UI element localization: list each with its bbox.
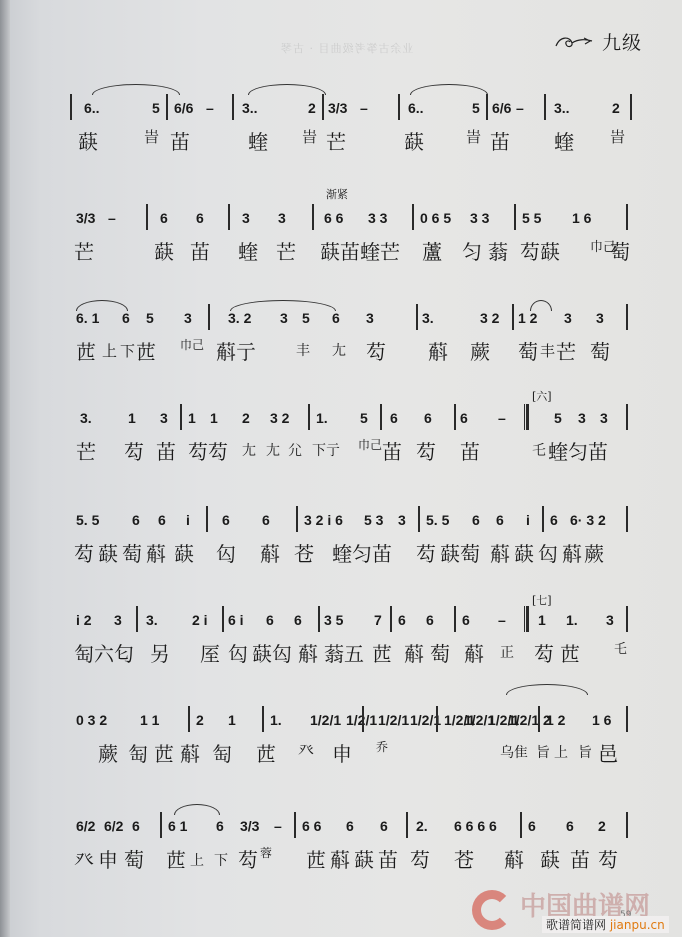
watermark-caption: 歌谱简谱网 jianpu.cn (542, 916, 669, 933)
jianpu-line: 6.. 5 6/6 – 3.. 2 3/3 – 6.. 5 6/6 – 3.. … (70, 82, 640, 126)
tab-glyph: 萄 (430, 638, 450, 667)
note: 1 (188, 410, 196, 426)
tab-glyph: 蔛 (464, 638, 484, 667)
tab-glyph: 蒛苖蝰芒 (320, 236, 400, 265)
page-header: 九级 (554, 28, 642, 55)
note: 3 2 (270, 410, 289, 426)
tab-glyph: 芶 (416, 436, 436, 465)
score-row-5: 5. 5 6 6 i 6 6 3 2 i 6 5 3 3 5. 5 6 6 i … (70, 494, 640, 578)
tab-glyph: 蓉 (260, 844, 272, 861)
tab-glyph: 蔛 (562, 538, 582, 567)
note-chord: 3/3 (328, 100, 347, 116)
book-spine-shadow (0, 0, 10, 937)
tab-glyph: 苉 (372, 638, 392, 667)
tab-glyph: 蒛匃 (252, 638, 292, 667)
rest-dash: – (498, 410, 506, 426)
tab-glyph: 蒛 (540, 844, 560, 873)
note: 6 (426, 612, 434, 628)
tab-glyph: 蔛 (428, 336, 448, 365)
tab-glyph: 萄 (122, 538, 142, 567)
score-row-3: 6. 1 6 5 3 3. 2 3 5 6 3 3. 3 2 1 2 3 3 苉… (70, 292, 640, 376)
note: 1 2 (518, 310, 537, 326)
note: 3 (184, 310, 192, 326)
note: 3 (114, 612, 122, 628)
tab-glyph: 下亍 (312, 440, 340, 460)
note: 3 (278, 210, 286, 226)
note: 6 (216, 818, 224, 834)
tab-glyph: 巾己 (358, 436, 382, 453)
note-chord: 1/2/1 (378, 712, 409, 728)
jianpu-line: i 2 3 3. 2 i 6 i 6 6 3 5 7 6 6 6 – 1 1. … (70, 594, 640, 638)
tab-glyph: 邑 (598, 738, 618, 767)
tab-glyph: 芶 (124, 436, 144, 465)
note: 1 (128, 410, 136, 426)
note: 6 (566, 818, 574, 834)
note: 6 (424, 410, 432, 426)
tab-glyph: 尢 (242, 440, 256, 460)
note: 3. (80, 410, 92, 426)
tab-glyph: 蒛 (174, 538, 194, 567)
tab-glyph: 蝰 (554, 126, 574, 155)
tab-glyph: 匃 (228, 638, 248, 667)
note: 3 (600, 410, 608, 426)
note: 0 6 5 (420, 210, 451, 226)
tab-glyph: 蔛 (490, 538, 510, 567)
note: 1 (538, 612, 546, 628)
note: 6 (196, 210, 204, 226)
note-chord: 6/6 (492, 100, 511, 116)
note: 5. 5 (76, 512, 99, 528)
tab-glyph: 萄 (518, 336, 538, 365)
tab-glyph: 芒 (76, 436, 96, 465)
tab-glyph: 蒛萄 (440, 538, 480, 567)
note: 3 (160, 410, 168, 426)
note: 3 2 i 6 (304, 512, 343, 528)
score-row-6: [七] i 2 3 3. 2 i 6 i 6 6 3 5 7 6 6 6 – 1… (70, 594, 640, 678)
tab-glyph: 蘆 (422, 236, 442, 265)
tab-glyph: 另 (150, 638, 170, 667)
note-chord: 1/2/1 (310, 712, 341, 728)
tab-glyph: 芶蒛 (520, 236, 560, 265)
note: 6 (160, 210, 168, 226)
note: 3 (242, 210, 250, 226)
note: 3 (606, 612, 614, 628)
tab-glyph: 蔛 (298, 638, 318, 667)
tab-glyph: 旹 (610, 126, 625, 147)
tab-glyph: 苖 (156, 436, 176, 465)
note: 3 (564, 310, 572, 326)
note: 3 3 (368, 210, 387, 226)
tab-glyph: 旹 (466, 126, 481, 147)
rest-dash: – (274, 818, 282, 834)
note: 3.. (242, 100, 258, 116)
tab-glyph: 旨 (578, 742, 592, 762)
note-chord: 6/2 (76, 818, 95, 834)
tab-glyph: 上 (190, 850, 204, 870)
tab-glyph: 芶 (598, 844, 618, 873)
note: 7 (374, 612, 382, 628)
note: 3.. (554, 100, 570, 116)
level-title: 九级 (602, 28, 642, 55)
note: 5 5 (522, 210, 541, 226)
note: 2 (242, 410, 250, 426)
tab-glyph: 芒 (276, 236, 296, 265)
jianpu-line: 0 3 2 1 1 2 1 1. 1/2/1 1/2/1 1/2/1 1/2/1… (70, 694, 640, 738)
note: 1 (228, 712, 236, 728)
note: 0 3 2 (76, 712, 107, 728)
tab-glyph: 上 (554, 742, 568, 762)
tab-glyph: 苍 (294, 538, 314, 567)
tab-glyph: 蔛 (404, 638, 424, 667)
tab-glyph: 苖 (382, 436, 402, 465)
tab-glyph: 苉 (560, 638, 580, 667)
tab-glyph: 苖 (170, 126, 190, 155)
rest-dash: – (360, 100, 368, 116)
tab-glyph: 蓊 (488, 236, 508, 265)
note: 6 1 (168, 818, 187, 834)
tab-glyph: 蔛 (260, 538, 280, 567)
tab-glyph: 蒛 (78, 126, 98, 155)
note: 6 (158, 512, 166, 528)
note: 1. (316, 410, 328, 426)
scroll-flourish-icon (554, 34, 596, 50)
tab-glyph: 芶 (74, 538, 94, 567)
tab-glyph: 蝰 (248, 126, 268, 155)
note: 2 (196, 712, 204, 728)
tab-glyph: 丰 (540, 340, 555, 361)
watermark-site-name: 歌谱简谱网 (546, 918, 606, 932)
tab-glyph: 芶 (366, 336, 386, 365)
tab-glyph: 下 (120, 340, 135, 361)
jianzipu-line: 芶 蒛 萄 蔛 蒛 匃 蔛 苍 蝰匀苖 芶 蒛萄 蔛 蒛 匃 蔛 蕨 (70, 538, 640, 578)
tab-glyph: 匋 (212, 738, 232, 767)
tab-glyph: 蒛 (404, 126, 424, 155)
note: 5 (360, 410, 368, 426)
note: 3 (398, 512, 406, 528)
tab-glyph: 蓊五 (324, 638, 364, 667)
tab-glyph: 芶 (238, 844, 258, 873)
tab-glyph: 蝰匀苖 (332, 538, 392, 567)
note: 2 i (192, 612, 208, 628)
note: 3 (366, 310, 374, 326)
note: 6 6 6 6 (454, 818, 497, 834)
note: i (186, 512, 190, 528)
note: 6 (398, 612, 406, 628)
tab-glyph: 蔛 (330, 844, 350, 873)
tab-glyph: 蒛 (354, 844, 374, 873)
tab-glyph: 芒 (556, 336, 576, 365)
note: 6 (132, 512, 140, 528)
tab-glyph: 匀 (462, 236, 482, 265)
note: 1 2 (546, 712, 565, 728)
tab-glyph: 正 (500, 642, 514, 662)
note: 1 1 (140, 712, 159, 728)
tab-glyph: 申 (98, 844, 118, 873)
jianzipu-line: 蕨 匋 苉 蔛 匋 苉 癶 申 乔 乌隹 旨 上 旨 邑 (70, 738, 640, 778)
tab-glyph: 苍 (454, 844, 474, 873)
note: 3 (578, 410, 586, 426)
jianpu-line: 3/3 – 6 6 3 3 6 6 3 3 0 6 5 3 3 5 5 1 6 (70, 192, 640, 236)
tab-glyph: 匋 (128, 738, 148, 767)
note: 5 (554, 410, 562, 426)
note: 1 (210, 410, 218, 426)
watermark-url[interactable]: jianpu.cn (610, 918, 665, 932)
tab-glyph: 萄 (590, 336, 610, 365)
note: 3. 2 (228, 310, 251, 326)
score-row-2: 渐紧 3/3 – 6 6 3 3 6 6 3 3 0 6 5 3 3 5 5 1… (70, 192, 640, 276)
tab-glyph: 蔛 (504, 844, 524, 873)
tab-glyph: 芶 (534, 638, 554, 667)
tab-glyph: 蕨 (470, 336, 490, 365)
note: 5 (472, 100, 480, 116)
note: 5 (146, 310, 154, 326)
jianzipu-line: 苉 上 下 苉 巾己 蔛亍 丰 尢 芶 蔛 蕨 萄 丰 芒 萄 (70, 336, 640, 376)
note-chord: 6/2 (104, 818, 123, 834)
note: 2. (416, 818, 428, 834)
score-row-4: [六] 3. 1 3 1 1 2 3 2 1. 5 6 6 6 – 5 3 3 … (70, 392, 640, 476)
note: 6 (528, 818, 536, 834)
tab-glyph: 尢 (332, 340, 346, 360)
jianzipu-line: 芒 芶 苖 芶芶 尢 尢 尣 下亍 巾己 苖 芶 苖 乇 蝰匀苖 (70, 436, 640, 476)
note: 6 (550, 512, 558, 528)
tab-glyph: 尣 (288, 440, 302, 460)
tab-glyph: 芒 (326, 126, 346, 155)
tab-glyph: 巾己 (180, 336, 204, 353)
note: i (526, 512, 530, 528)
tab-glyph: 蔛亍 (216, 336, 256, 365)
tab-glyph: 旹 (144, 126, 159, 147)
note-chord: 3/3 (240, 818, 259, 834)
tab-glyph: 芒 (74, 236, 94, 265)
note: i 2 (76, 612, 92, 628)
note: 6 6 (324, 210, 343, 226)
note: 6 (390, 410, 398, 426)
tab-glyph: 苉 (166, 844, 186, 873)
note: 6 6 (302, 818, 321, 834)
tab-glyph: 下 (214, 850, 228, 870)
note: 6 (122, 310, 130, 326)
note: 5 (152, 100, 160, 116)
jianpu-line: 3. 1 3 1 1 2 3 2 1. 5 6 6 6 – 5 3 3 (70, 392, 640, 436)
tab-glyph: 蝰 (238, 236, 258, 265)
note: 3 (280, 310, 288, 326)
watermark-logo-icon (472, 890, 512, 930)
note-chord: 1/2/1 2 (508, 712, 551, 728)
note: 3 5 (324, 612, 343, 628)
jianpu-line: 6. 1 6 5 3 3. 2 3 5 6 3 3. 3 2 1 2 3 3 (70, 292, 640, 336)
tab-glyph: 厔 (200, 638, 220, 667)
tab-glyph: 蒛 (154, 236, 174, 265)
note: 6 (262, 512, 270, 528)
tab-glyph: 匃 (216, 538, 236, 567)
tab-glyph: 芶芶 (188, 436, 228, 465)
note: 2 (308, 100, 316, 116)
rest-dash: – (498, 612, 506, 628)
tab-glyph: 乔 (376, 738, 388, 755)
note: 3 3 (470, 210, 489, 226)
tab-glyph: 乇 (614, 638, 627, 657)
tab-glyph: 蔛 (146, 538, 166, 567)
note: 2 (612, 100, 620, 116)
jianzipu-line: 匋六匂 另 厔 匃 蒛匃 蔛 蓊五 苉 蔛 萄 蔛 正 芶 苉 乇 (70, 638, 640, 678)
tab-glyph: 苖 (570, 844, 590, 873)
note: 6. 1 (76, 310, 99, 326)
note: 3 (596, 310, 604, 326)
tab-glyph: 苉 (154, 738, 174, 767)
site-watermark: 中国曲谱网 59 歌谱简谱网 jianpu.cn (442, 882, 682, 937)
tab-glyph: 萄 (124, 844, 144, 873)
tab-glyph: 萄 (610, 236, 630, 265)
tab-glyph: 苖 (460, 436, 480, 465)
tab-glyph: 蒛 (514, 538, 534, 567)
note: 2 (598, 818, 606, 834)
note: 6 (462, 612, 470, 628)
note-chord: 6/6 (174, 100, 193, 116)
note: 3. (146, 612, 158, 628)
tab-glyph: 匋六匂 (74, 638, 134, 667)
note: 6 (222, 512, 230, 528)
tab-glyph: 苖 (190, 236, 210, 265)
tab-glyph: 苉 (306, 844, 326, 873)
rest-dash: – (206, 100, 214, 116)
note: 6 (294, 612, 302, 628)
tab-glyph: 乌隹 (500, 742, 528, 762)
note: 5. 5 (426, 512, 449, 528)
note: 6 i (228, 612, 244, 628)
note: 6.. (84, 100, 100, 116)
note: 1. (270, 712, 282, 728)
note: 6· 3 2 (570, 512, 606, 528)
tab-glyph: 蒛 (98, 538, 118, 567)
tab-glyph: 蔛 (180, 738, 200, 767)
tab-glyph: 癶 (298, 738, 314, 761)
rest-dash: – (516, 100, 524, 116)
tab-glyph: 乇 (532, 440, 546, 460)
note: 6 (332, 310, 340, 326)
tab-glyph: 蝰匀苖 (548, 436, 608, 465)
bleed-through-text: 业余古筝考级曲目 · 古琴 (280, 40, 414, 56)
note: 1. (566, 612, 578, 628)
note: 5 3 (364, 512, 383, 528)
tab-glyph: 旨 (536, 742, 550, 762)
score-row-1: 6.. 5 6/6 – 3.. 2 3/3 – 6.. 5 6/6 – 3.. … (70, 82, 640, 166)
tab-glyph: 苖 (378, 844, 398, 873)
note: 6.. (408, 100, 424, 116)
note: 1 6 (592, 712, 611, 728)
tab-glyph: 申 (332, 738, 352, 767)
jianzipu-line: 癶 申 萄 苉 上 下 芶 蓉 苉 蔛 蒛 苖 芶 苍 蔛 蒛 苖 芶 (70, 844, 640, 884)
tab-glyph: 丰 (296, 340, 310, 360)
jianzipu-line: 芒 蒛 苖 蝰 芒 蒛苖蝰芒 蘆 匀 蓊 芶蒛 巾己 萄 (70, 236, 640, 276)
note-chord: 3/3 (76, 210, 95, 226)
note: 1 6 (572, 210, 591, 226)
tab-glyph: 芶 (416, 538, 436, 567)
note: 6 (346, 818, 354, 834)
note: 3. (422, 310, 434, 326)
score-row-7: 0 3 2 1 1 2 1 1. 1/2/1 1/2/1 1/2/1 1/2/1… (70, 694, 640, 778)
tab-glyph: 癶 (74, 844, 94, 873)
tab-glyph: 芶 (410, 844, 430, 873)
tab-glyph: 匃 (538, 538, 558, 567)
rest-dash: – (108, 210, 116, 226)
tab-glyph: 尢 (266, 440, 280, 460)
tab-glyph: 苉 (76, 336, 96, 365)
note: 6 (472, 512, 480, 528)
note: 5 (302, 310, 310, 326)
jianpu-line: 6/2 6/2 6 6 1 6 3/3 – 6 6 6 6 2. 6 6 6 6… (70, 800, 640, 844)
note: 6 (460, 410, 468, 426)
tab-glyph: 上 (102, 340, 117, 361)
jianzipu-line: 蒛 旹 苖 蝰 旹 芒 蒛 旹 苖 蝰 旹 (70, 126, 640, 166)
tab-glyph: 苖 (490, 126, 510, 155)
tab-glyph: 旹 (302, 126, 317, 147)
note: 6 (496, 512, 504, 528)
note: 3 2 (480, 310, 499, 326)
tab-glyph: 苉 (256, 738, 276, 767)
tab-glyph: 蕨 (98, 738, 118, 767)
note: 6 (132, 818, 140, 834)
note: 6 (266, 612, 274, 628)
note: 6 (380, 818, 388, 834)
tab-glyph: 蕨 (584, 538, 604, 567)
tab-glyph: 苉 (136, 336, 156, 365)
jianpu-line: 5. 5 6 6 i 6 6 3 2 i 6 5 3 3 5. 5 6 6 i … (70, 494, 640, 538)
score-row-8: 6/2 6/2 6 6 1 6 3/3 – 6 6 6 6 2. 6 6 6 6… (70, 800, 640, 884)
